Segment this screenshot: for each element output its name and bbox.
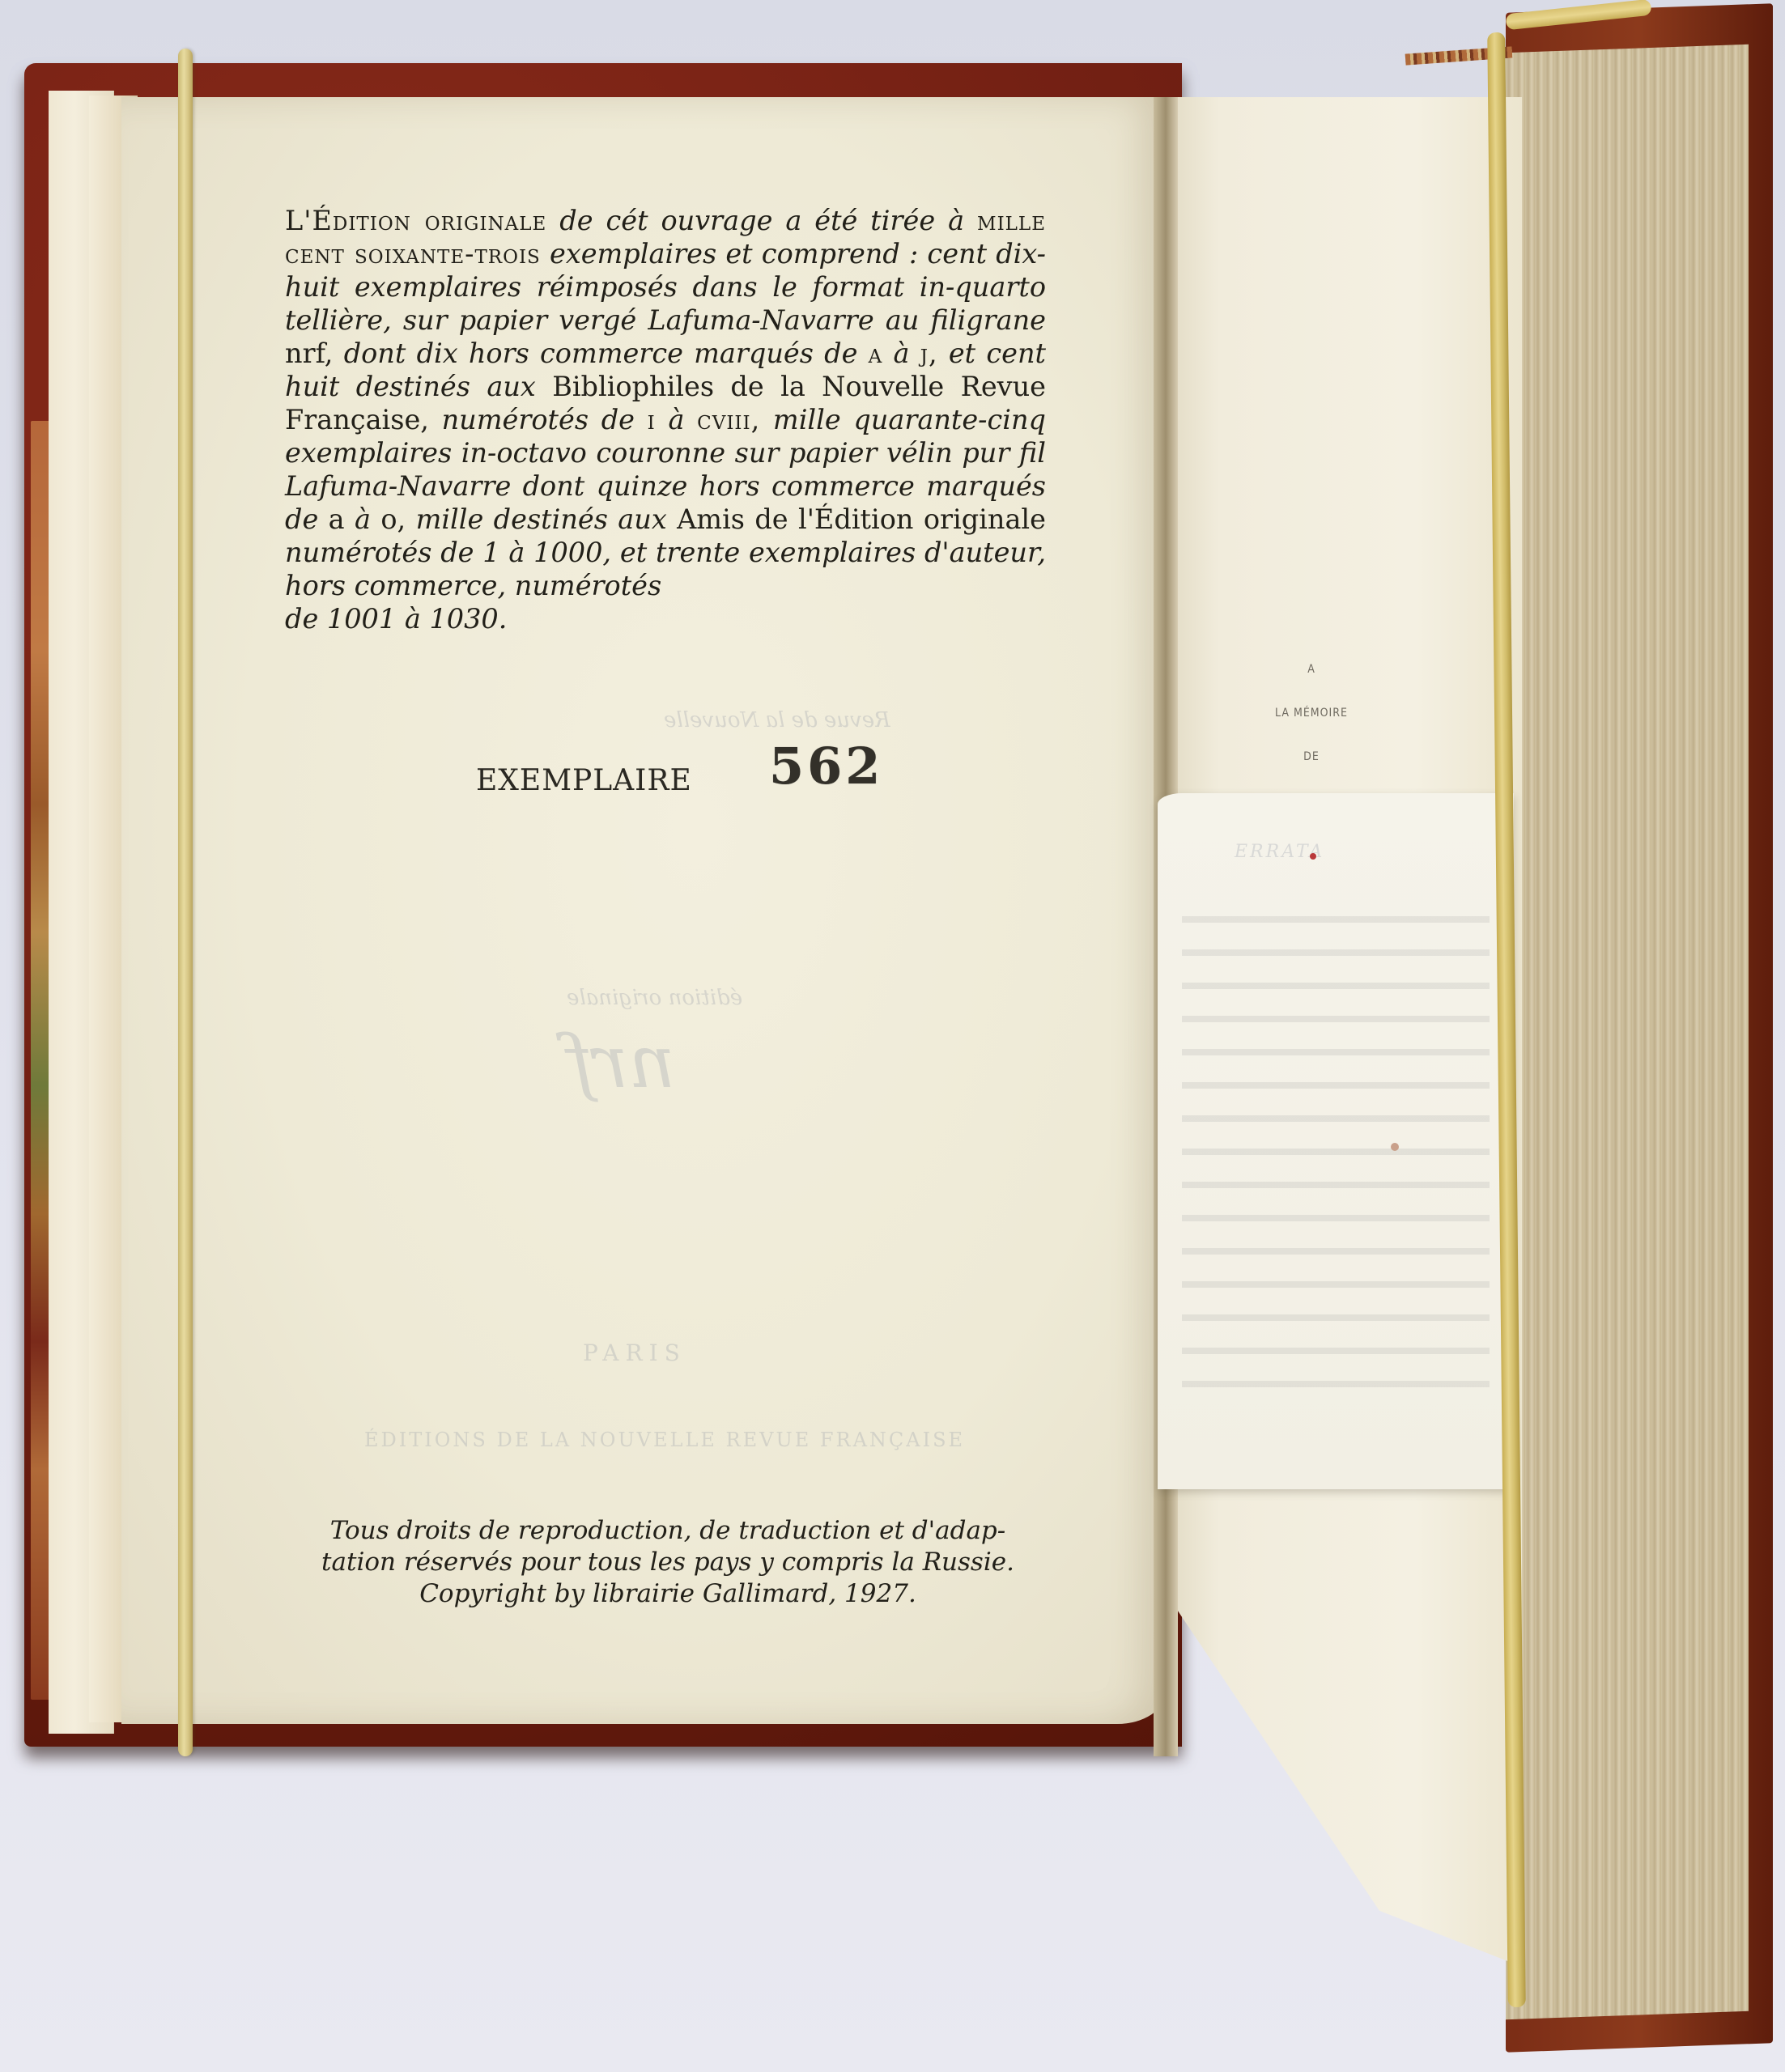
colophon-text: nrf, bbox=[285, 338, 333, 369]
colophon-text: j, bbox=[920, 338, 938, 369]
colophon-text: à bbox=[894, 338, 910, 369]
dedication: A LA MÉMOIRE DE bbox=[1230, 664, 1392, 795]
errata-slip-text bbox=[1182, 898, 1490, 1400]
show-through-text: édition originale bbox=[567, 986, 742, 1010]
dedication-line: DE bbox=[1230, 751, 1392, 762]
foxing-spot bbox=[1391, 1143, 1399, 1151]
limitation-statement: L'Édition originale de cét ouvrage a été… bbox=[285, 204, 1046, 635]
dedication-line: LA MÉMOIRE bbox=[1230, 707, 1392, 719]
colophon-text: numérotés de 1 à 1000, et trente exempla… bbox=[285, 537, 1046, 601]
colophon-text: o, bbox=[380, 503, 406, 535]
colophon-text: a bbox=[869, 338, 883, 369]
dedication-line: A bbox=[1230, 664, 1392, 675]
colophon-text: de cét ouvrage a été tirée à bbox=[559, 205, 964, 236]
exemplaire-label: EXEMPLAIRE bbox=[476, 764, 692, 797]
colophon-text: numérotés de bbox=[442, 404, 635, 435]
show-through-nrf-logo: nrf bbox=[567, 1020, 675, 1105]
colophon-text: L'Édition originale bbox=[285, 205, 546, 236]
colophon-text: mille bbox=[977, 205, 1046, 236]
colophon-text: à bbox=[355, 503, 371, 535]
show-through-imprint: ÉDITIONS DE LA NOUVELLE REVUE FRANÇAISE bbox=[364, 1429, 965, 1451]
colophon-text: cent soixante-trois bbox=[285, 238, 541, 270]
rubber-band-left bbox=[178, 49, 193, 1756]
colophon-text: à bbox=[668, 404, 684, 435]
show-through-text: Revue de la Nouvelle bbox=[664, 708, 890, 732]
colophon-text: cviii, bbox=[697, 404, 760, 435]
colophon-text: i bbox=[648, 404, 656, 435]
copyright-line: tation réservés pour tous les pays y com… bbox=[279, 1547, 1056, 1578]
colophon-text: Amis de l'Édition originale bbox=[677, 503, 1046, 535]
red-spot bbox=[1310, 853, 1316, 860]
colophon-text: mille destinés aux bbox=[416, 503, 667, 535]
copyright-line: Tous droits de reproduction, de traducti… bbox=[279, 1515, 1056, 1547]
page-block-edge bbox=[1506, 45, 1749, 2019]
colophon-text: de 1001 à 1030. bbox=[285, 602, 1046, 635]
colophon-text: dont dix hors commerce marqués de bbox=[344, 338, 858, 369]
show-through-city: PARIS bbox=[583, 1340, 686, 1366]
copy-number: 562 bbox=[769, 737, 883, 796]
copyright-line: Copyright by librairie Gallimard, 1927. bbox=[279, 1578, 1056, 1610]
colophon-text: a bbox=[329, 503, 345, 535]
copyright-notice: Tous droits de reproduction, de traducti… bbox=[279, 1515, 1056, 1610]
